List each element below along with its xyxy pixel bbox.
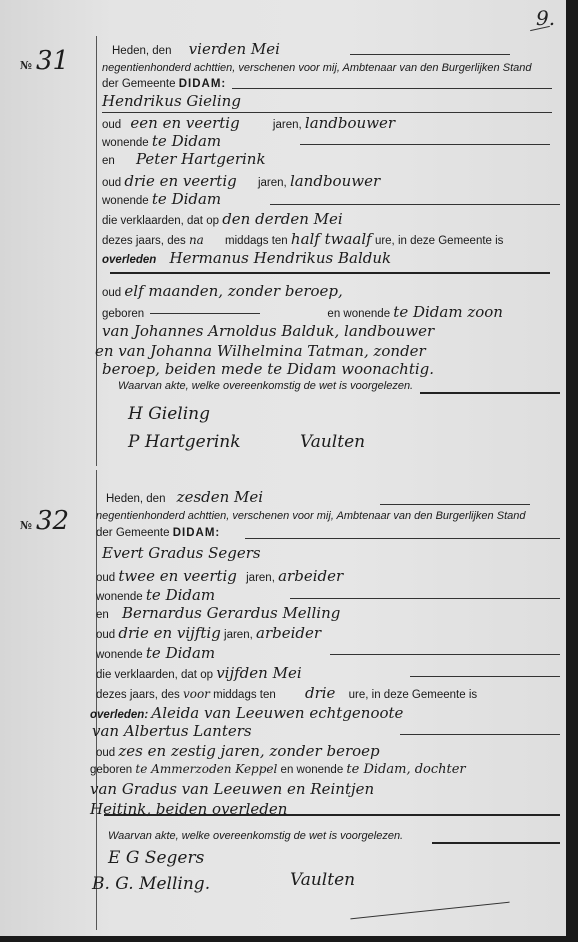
- rule: [104, 814, 560, 816]
- witness1-name-row: Evert Gradus Segers: [102, 544, 546, 564]
- deceased-age: zes en zestig jaren, zonder beroep: [118, 742, 379, 760]
- acte-symbol: №: [20, 519, 32, 532]
- acte-symbol: №: [20, 59, 32, 72]
- acte-number-31: №31: [20, 46, 69, 76]
- oud-label: oud: [96, 747, 115, 759]
- acte-number: 31: [36, 46, 69, 76]
- rule: [102, 112, 552, 113]
- rule: [380, 504, 530, 505]
- heden-row: Heden, den zesden Mei: [106, 488, 546, 508]
- witness1-name: Evert Gradus Segers: [102, 544, 261, 562]
- witness2-age-row: oud drie en veertig jaren, landbouwer: [102, 172, 546, 192]
- parents-text: van Gradus van Leeuwen en Reintjen: [90, 780, 374, 798]
- witness1-occupation: landbouwer: [305, 114, 395, 132]
- middags-label: middags ten: [213, 689, 276, 701]
- birthplace: te Ammerzoden Keppel: [135, 762, 277, 776]
- jaren-label: jaren,: [258, 177, 287, 189]
- wonende-label: wonende: [102, 137, 149, 149]
- jaren-label: jaren,: [273, 119, 302, 131]
- witness1-age-row: oud twee en veertig jaren, arbeider: [96, 567, 546, 587]
- verklaarden-label: die verklaarden, dat op: [102, 215, 219, 227]
- signature-official: Vaulten: [300, 432, 365, 452]
- witness1-name-row: Hendrikus Gieling: [102, 92, 546, 112]
- overleden-label: overleden: [102, 254, 156, 266]
- dezes-value: voor: [183, 687, 210, 701]
- deceased-name: Aleida van Leeuwen echtgenoote: [151, 704, 403, 722]
- rule: [290, 598, 560, 599]
- deceased-age-row: oud zes en zestig jaren, zonder beroep: [96, 742, 546, 762]
- deceased-spouse: van Albertus Lanters: [92, 722, 252, 740]
- heden-value: zesden Mei: [177, 488, 263, 506]
- witness1-name: Hendrikus Gieling: [102, 92, 241, 110]
- dezes-label: dezes jaars, des: [96, 689, 180, 701]
- residence: te Didam, dochter: [346, 762, 465, 777]
- rule: [330, 654, 560, 655]
- dezes-label: dezes jaars, des: [102, 235, 186, 247]
- register-page: 9. №31 Heden, den vierden Mei negentienh…: [0, 0, 566, 936]
- witness2-name: Peter Hartgerink: [136, 150, 266, 168]
- gemeente-name: DIDAM:: [173, 527, 221, 539]
- heden-row: Heden, den vierden Mei: [112, 40, 546, 60]
- death-date: vijfden Mei: [216, 664, 301, 682]
- birth-row: geboren te Ammerzoden Keppel en wonende …: [90, 762, 546, 782]
- signature-witness1: H Gieling: [128, 404, 210, 424]
- witness2-age: drie en vijftig: [118, 624, 220, 642]
- jaren-label: jaren,: [246, 572, 275, 584]
- rule: [150, 313, 260, 314]
- signature-witness2: P Hartgerink: [128, 432, 241, 452]
- gemeente-label: der Gemeente: [96, 527, 170, 539]
- signature-official: Vaulten: [290, 870, 355, 890]
- parents-text: beroep, beiden mede te Didam woonachtig.: [102, 360, 434, 378]
- heden-value: vierden Mei: [189, 40, 280, 58]
- rule: [432, 842, 560, 844]
- witness2-name-row: en Bernardus Gerardus Melling: [96, 604, 546, 624]
- closing-row: Waarvan akte, welke overeenkomstig de we…: [108, 830, 546, 850]
- witness1-age: een en veertig: [130, 114, 239, 132]
- parents-line2: Heitink, beiden overleden: [90, 800, 546, 820]
- closing-row: Waarvan akte, welke overeenkomstig de we…: [118, 380, 546, 400]
- jaren-label: jaren,: [224, 629, 253, 641]
- witness1-residence-row: wonende te Didam: [96, 586, 546, 606]
- signature-witness2: B. G. Melling.: [92, 874, 210, 894]
- en-label: en: [96, 609, 109, 621]
- scan-border-right: [566, 0, 578, 942]
- en-label: en: [102, 155, 115, 167]
- rule: [110, 272, 550, 274]
- parents-text: van Johannes Arnoldus Balduk, landbouwer: [102, 322, 434, 340]
- rule: [400, 734, 560, 735]
- oud-label: oud: [102, 119, 121, 131]
- heden-label: Heden, den: [112, 45, 171, 57]
- heden-label: Heden, den: [106, 493, 165, 505]
- parents-text: en van Johanna Wilhelmina Tatman, zonder: [95, 342, 426, 360]
- rule: [350, 54, 510, 55]
- year-line: negentienhonderd achttien, verschenen vo…: [96, 510, 525, 522]
- witness2-name-row: en Peter Hartgerink: [102, 150, 546, 170]
- margin-line: [96, 36, 97, 466]
- rule: [410, 676, 560, 677]
- deceased-name: Hermanus Hendrikus Balduk: [170, 249, 392, 267]
- deceased-age: elf maanden, zonder beroep,: [124, 282, 342, 300]
- closing-text: Waarvan akte, welke overeenkomstig de we…: [118, 380, 413, 392]
- witness2-age-row: oud drie en vijftig jaren, arbeider: [96, 624, 546, 644]
- wonende-label: wonende: [102, 195, 149, 207]
- death-date-row: die verklaarden, dat op vijfden Mei: [96, 664, 546, 684]
- parents-line1: van Gradus van Leeuwen en Reintjen: [90, 780, 546, 800]
- witness1-residence-row: wonende te Didam: [102, 132, 546, 152]
- rule: [420, 392, 560, 394]
- death-date-row: die verklaarden, dat op den derden Mei: [102, 210, 546, 230]
- deceased-age-row: oud elf maanden, zonder beroep,: [102, 282, 546, 302]
- parents-line1: van Johannes Arnoldus Balduk, landbouwer: [102, 322, 546, 342]
- middags-label: middags ten: [225, 235, 288, 247]
- dezes-value: na: [189, 233, 204, 247]
- death-time-row: dezes jaars, des voor middags ten drie u…: [96, 684, 546, 704]
- parents-line2: en van Johanna Wilhelmina Tatman, zonder: [95, 342, 546, 362]
- oud-label: oud: [96, 572, 115, 584]
- deceased-row: overleden: Aleida van Leeuwen echtgenoot…: [90, 704, 546, 724]
- witness1-occupation: arbeider: [278, 567, 343, 585]
- witness2-residence: te Didam: [152, 190, 221, 208]
- closing-text: Waarvan akte, welke overeenkomstig de we…: [108, 830, 403, 842]
- witness1-residence: te Didam: [152, 132, 221, 150]
- rule: [245, 538, 560, 539]
- residence: te Didam zoon: [393, 303, 503, 321]
- en-wonende-label: en wonende: [327, 308, 390, 320]
- deceased-row-2: van Albertus Lanters: [92, 722, 546, 742]
- deceased-row: overleden Hermanus Hendrikus Balduk: [102, 249, 546, 269]
- witness2-name: Bernardus Gerardus Melling: [122, 604, 340, 622]
- witness2-occupation: landbouwer: [290, 172, 380, 190]
- death-time: drie: [305, 684, 335, 702]
- wonende-label: wonende: [96, 649, 143, 661]
- rule: [270, 204, 560, 205]
- witness2-residence: te Didam: [146, 644, 215, 662]
- witness1-age: twee en veertig: [118, 567, 237, 585]
- death-date: den derden Mei: [222, 210, 343, 228]
- oud-label: oud: [102, 287, 121, 299]
- scan-border-bottom: [0, 936, 578, 942]
- verklaarden-label: die verklaarden, dat op: [96, 669, 213, 681]
- ure-label: ure, in deze Gemeente is: [349, 689, 478, 701]
- oud-label: oud: [96, 629, 115, 641]
- acte-number: 32: [36, 506, 69, 536]
- wonende-label: wonende: [96, 591, 143, 603]
- death-time: half twaalf: [291, 230, 372, 248]
- death-time-row: dezes jaars, des na middags ten half twa…: [102, 230, 546, 250]
- en-wonende-label: en wonende: [281, 764, 344, 776]
- witness1-age-row: oud een en veertig jaren, landbouwer: [102, 114, 546, 134]
- rule: [300, 144, 550, 145]
- rule: [232, 88, 552, 89]
- signature-witness1: E G Segers: [108, 848, 204, 868]
- gemeente-name: DIDAM:: [179, 78, 227, 90]
- signature-flourish: [350, 902, 509, 920]
- parents-line3: beroep, beiden mede te Didam woonachtig.: [102, 360, 546, 380]
- year-line: negentienhonderd achttien, verschenen vo…: [102, 62, 531, 74]
- witness2-age: drie en veertig: [124, 172, 236, 190]
- oud-label: oud: [102, 177, 121, 189]
- ure-label: ure, in deze Gemeente is: [375, 235, 504, 247]
- witness2-occupation: arbeider: [256, 624, 321, 642]
- acte-number-32: №32: [20, 506, 69, 536]
- witness2-residence-row: wonende te Didam: [102, 190, 546, 210]
- witness1-residence: te Didam: [146, 586, 215, 604]
- geboren-label: geboren: [90, 764, 132, 776]
- overleden-label: overleden:: [90, 709, 148, 721]
- gemeente-label: der Gemeente: [102, 78, 176, 90]
- geboren-label: geboren: [102, 308, 144, 320]
